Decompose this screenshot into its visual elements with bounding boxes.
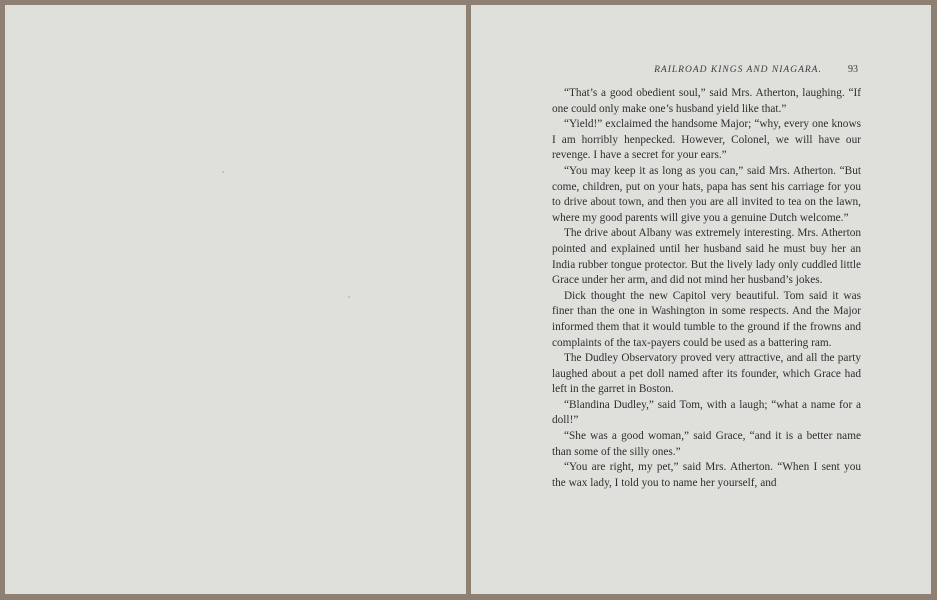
left-page-blank — [5, 5, 466, 594]
paragraph: The drive about Albany was extremely int… — [552, 226, 861, 288]
paragraph: “You are right, my pet,” said Mrs. Ather… — [552, 460, 861, 491]
paragraph: “That’s a good obedient soul,” said Mrs.… — [552, 86, 861, 117]
paragraph: “Yield!” exclaimed the handsome Major; “… — [552, 117, 861, 164]
paragraph: The Dudley Observatory proved very attra… — [552, 351, 861, 398]
paragraph: “You may keep it as long as you can,” sa… — [552, 164, 861, 226]
right-page: RAILROAD KINGS AND NIAGARA. 93 “That’s a… — [471, 5, 931, 594]
running-head: RAILROAD KINGS AND NIAGARA. — [618, 65, 858, 75]
paper-speck — [348, 296, 350, 298]
paragraph: “Blandina Dudley,” said Tom, with a laug… — [552, 398, 861, 429]
paragraph: “She was a good woman,” said Grace, “and… — [552, 429, 861, 460]
body-text: “That’s a good obedient soul,” said Mrs.… — [552, 86, 861, 491]
page-number: 93 — [848, 64, 858, 75]
paragraph: Dick thought the new Capitol very beauti… — [552, 289, 861, 351]
paper-speck — [222, 171, 224, 173]
